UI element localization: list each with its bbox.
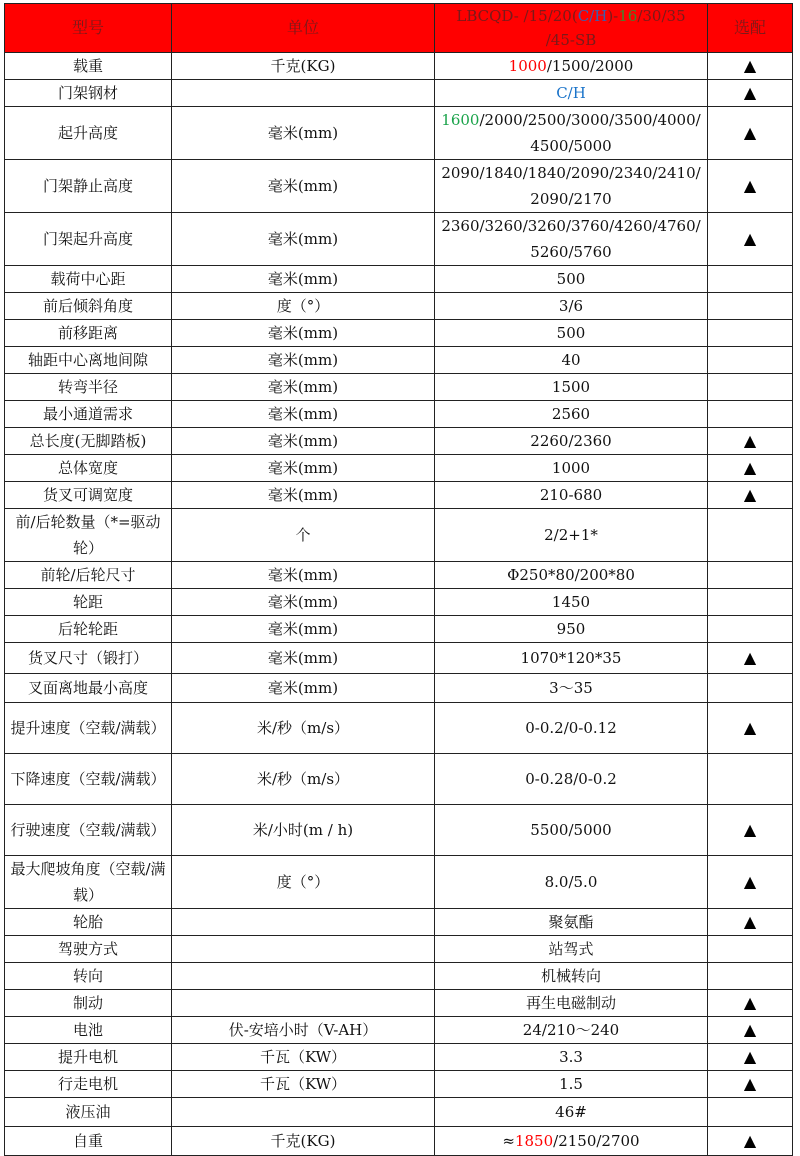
param-value: 46# bbox=[435, 1098, 708, 1127]
table-row: 货叉可调宽度 毫米(mm) 210-680 ▲ bbox=[5, 482, 793, 509]
option-mark: ▲ bbox=[708, 107, 793, 160]
header-model: 型号 bbox=[5, 4, 172, 53]
option-mark: ▲ bbox=[708, 1017, 793, 1044]
param-unit: 千瓦（KW） bbox=[172, 1044, 435, 1071]
param-name: 最小通道需求 bbox=[5, 401, 172, 428]
model-spec-prefix: LBCQD- /15/20( bbox=[456, 7, 577, 25]
table-row: 制动 再生电磁制动 ▲ bbox=[5, 990, 793, 1017]
option-mark bbox=[708, 374, 793, 401]
value-highlight: 1600 bbox=[441, 111, 479, 129]
table-row: 载荷中心距 毫米(mm) 500 bbox=[5, 266, 793, 293]
option-mark: ▲ bbox=[708, 643, 793, 674]
param-name: 下降速度（空载/满载） bbox=[5, 754, 172, 805]
param-unit: 毫米(mm) bbox=[172, 266, 435, 293]
param-name: 后轮轮距 bbox=[5, 616, 172, 643]
param-value: 1000/1500/2000 bbox=[435, 53, 708, 80]
param-unit: 毫米(mm) bbox=[172, 643, 435, 674]
param-name: 电池 bbox=[5, 1017, 172, 1044]
param-unit: 米/小时(m / h) bbox=[172, 805, 435, 856]
table-row: 门架静止高度 毫米(mm) 2090/1840/1840/2090/2340/2… bbox=[5, 160, 793, 213]
table-row: 轮距 毫米(mm) 1450 bbox=[5, 589, 793, 616]
param-name: 货叉尺寸（锻打） bbox=[5, 643, 172, 674]
param-value: 站驾式 bbox=[435, 936, 708, 963]
option-mark: ▲ bbox=[708, 1127, 793, 1156]
param-unit: 毫米(mm) bbox=[172, 374, 435, 401]
option-mark: ▲ bbox=[708, 990, 793, 1017]
table-row: 轴距中心离地间隙 毫米(mm) 40 bbox=[5, 347, 793, 374]
param-value: 聚氨酯 bbox=[435, 909, 708, 936]
param-unit: 毫米(mm) bbox=[172, 347, 435, 374]
param-name: 转弯半径 bbox=[5, 374, 172, 401]
table-row: 转弯半径 毫米(mm) 1500 bbox=[5, 374, 793, 401]
header-unit: 单位 bbox=[172, 4, 435, 53]
param-value: 500 bbox=[435, 320, 708, 347]
param-name: 叉面离地最小高度 bbox=[5, 674, 172, 703]
table-row: 总体宽度 毫米(mm) 1000 ▲ bbox=[5, 455, 793, 482]
model-spec-heights: /30/35 bbox=[637, 7, 685, 25]
param-value: 1600/2000/2500/3000/3500/4000/4500/5000 bbox=[435, 107, 708, 160]
param-unit: 毫米(mm) bbox=[172, 674, 435, 703]
param-value: C/H bbox=[435, 80, 708, 107]
param-unit: 米/秒（m/s） bbox=[172, 754, 435, 805]
param-value: 1500 bbox=[435, 374, 708, 401]
param-unit bbox=[172, 990, 435, 1017]
param-name: 液压油 bbox=[5, 1098, 172, 1127]
option-mark bbox=[708, 293, 793, 320]
param-value: 3.3 bbox=[435, 1044, 708, 1071]
param-name: 行走电机 bbox=[5, 1071, 172, 1098]
param-value: ≈1850/2150/2700 bbox=[435, 1127, 708, 1156]
param-unit: 毫米(mm) bbox=[172, 428, 435, 455]
param-unit: 毫米(mm) bbox=[172, 160, 435, 213]
param-value: 5500/5000 bbox=[435, 805, 708, 856]
option-mark bbox=[708, 266, 793, 293]
param-unit: 毫米(mm) bbox=[172, 320, 435, 347]
model-spec-sep: )- bbox=[607, 7, 618, 25]
param-unit: 毫米(mm) bbox=[172, 589, 435, 616]
option-mark: ▲ bbox=[708, 213, 793, 266]
option-mark bbox=[708, 616, 793, 643]
param-unit: 个 bbox=[172, 509, 435, 562]
value-rest: /2150/2700 bbox=[553, 1132, 639, 1150]
model-spec-suffix: /45-SB bbox=[546, 31, 597, 49]
option-mark: ▲ bbox=[708, 482, 793, 509]
param-value: 0-0.28/0-0.2 bbox=[435, 754, 708, 805]
table-header-row: 型号 单位 LBCQD- /15/20(C/H)-16/30/35/45-SB … bbox=[5, 4, 793, 53]
param-name: 行驶速度（空载/满载） bbox=[5, 805, 172, 856]
value-highlight: 1850 bbox=[515, 1132, 553, 1150]
table-row: 门架起升高度 毫米(mm) 2360/3260/3260/3760/4260/4… bbox=[5, 213, 793, 266]
param-unit: 米/秒（m/s） bbox=[172, 703, 435, 754]
option-mark bbox=[708, 320, 793, 347]
param-unit bbox=[172, 80, 435, 107]
param-unit: 毫米(mm) bbox=[172, 562, 435, 589]
param-name: 前轮/后轮尺寸 bbox=[5, 562, 172, 589]
param-name: 前移距离 bbox=[5, 320, 172, 347]
param-value: 2360/3260/3260/3760/4260/4760/5260/5760 bbox=[435, 213, 708, 266]
param-value: 0-0.2/0-0.12 bbox=[435, 703, 708, 754]
param-unit: 毫米(mm) bbox=[172, 482, 435, 509]
param-unit: 千瓦（KW） bbox=[172, 1071, 435, 1098]
param-unit: 毫米(mm) bbox=[172, 616, 435, 643]
option-mark bbox=[708, 674, 793, 703]
table-row: 前轮/后轮尺寸 毫米(mm) Φ250*80/200*80 bbox=[5, 562, 793, 589]
table-row: 前后倾斜角度 度（°） 3/6 bbox=[5, 293, 793, 320]
param-unit: 度（°） bbox=[172, 856, 435, 909]
param-value: 1000 bbox=[435, 455, 708, 482]
option-mark bbox=[708, 562, 793, 589]
param-name: 转向 bbox=[5, 963, 172, 990]
param-value: 机械转向 bbox=[435, 963, 708, 990]
option-mark: ▲ bbox=[708, 455, 793, 482]
param-value: 2560 bbox=[435, 401, 708, 428]
table-row: 液压油 46# bbox=[5, 1098, 793, 1127]
header-model-spec: LBCQD- /15/20(C/H)-16/30/35/45-SB bbox=[435, 4, 708, 53]
option-mark: ▲ bbox=[708, 53, 793, 80]
value-rest: /2000/2500/3000/3500/4000/4500/5000 bbox=[479, 111, 700, 155]
param-unit: 千克(KG) bbox=[172, 53, 435, 80]
param-name: 轮胎 bbox=[5, 909, 172, 936]
param-value: 3～35 bbox=[435, 674, 708, 703]
table-row: 轮胎 聚氨酯 ▲ bbox=[5, 909, 793, 936]
option-mark: ▲ bbox=[708, 909, 793, 936]
table-row: 载重 千克(KG) 1000/1500/2000 ▲ bbox=[5, 53, 793, 80]
spec-table: 型号 单位 LBCQD- /15/20(C/H)-16/30/35/45-SB … bbox=[4, 3, 793, 1156]
option-mark: ▲ bbox=[708, 856, 793, 909]
table-row: 前/后轮数量（*=驱动轮） 个 2/2+1* bbox=[5, 509, 793, 562]
param-name: 提升速度（空载/满载） bbox=[5, 703, 172, 754]
table-row: 总长度(无脚踏板) 毫米(mm) 2260/2360 ▲ bbox=[5, 428, 793, 455]
param-value: 再生电磁制动 bbox=[435, 990, 708, 1017]
option-mark bbox=[708, 509, 793, 562]
param-value: 24/210～240 bbox=[435, 1017, 708, 1044]
table-row: 行驶速度（空载/满载） 米/小时(m / h) 5500/5000 ▲ bbox=[5, 805, 793, 856]
param-unit: 毫米(mm) bbox=[172, 455, 435, 482]
param-name: 制动 bbox=[5, 990, 172, 1017]
table-row: 提升电机 千瓦（KW） 3.3 ▲ bbox=[5, 1044, 793, 1071]
table-row: 起升高度 毫米(mm) 1600/2000/2500/3000/3500/400… bbox=[5, 107, 793, 160]
param-value: 1.5 bbox=[435, 1071, 708, 1098]
table-row: 门架钢材 C/H ▲ bbox=[5, 80, 793, 107]
param-value: 2260/2360 bbox=[435, 428, 708, 455]
param-value: 40 bbox=[435, 347, 708, 374]
option-mark bbox=[708, 401, 793, 428]
option-mark bbox=[708, 589, 793, 616]
param-value: Φ250*80/200*80 bbox=[435, 562, 708, 589]
header-option: 选配 bbox=[708, 4, 793, 53]
param-name: 门架起升高度 bbox=[5, 213, 172, 266]
param-name: 轴距中心离地间隙 bbox=[5, 347, 172, 374]
param-value: 500 bbox=[435, 266, 708, 293]
param-name: 门架静止高度 bbox=[5, 160, 172, 213]
param-value: 210-680 bbox=[435, 482, 708, 509]
option-mark: ▲ bbox=[708, 160, 793, 213]
param-unit: 千克(KG) bbox=[172, 1127, 435, 1156]
option-mark bbox=[708, 347, 793, 374]
param-value: 2/2+1* bbox=[435, 509, 708, 562]
param-unit bbox=[172, 963, 435, 990]
table-row: 转向 机械转向 bbox=[5, 963, 793, 990]
param-name: 载重 bbox=[5, 53, 172, 80]
param-name: 总长度(无脚踏板) bbox=[5, 428, 172, 455]
param-name: 载荷中心距 bbox=[5, 266, 172, 293]
param-name: 前/后轮数量（*=驱动轮） bbox=[5, 509, 172, 562]
option-mark bbox=[708, 936, 793, 963]
param-name: 总体宽度 bbox=[5, 455, 172, 482]
param-unit: 毫米(mm) bbox=[172, 107, 435, 160]
param-unit: 伏-安培小时（V-AH） bbox=[172, 1017, 435, 1044]
table-row: 驾驶方式 站驾式 bbox=[5, 936, 793, 963]
param-unit bbox=[172, 1098, 435, 1127]
param-unit: 毫米(mm) bbox=[172, 213, 435, 266]
option-mark: ▲ bbox=[708, 80, 793, 107]
model-spec-height: 16 bbox=[618, 7, 637, 25]
param-name: 最大爬坡角度（空载/满载） bbox=[5, 856, 172, 909]
value-approx: ≈ bbox=[502, 1132, 515, 1150]
option-mark: ▲ bbox=[708, 1044, 793, 1071]
param-value: 3/6 bbox=[435, 293, 708, 320]
param-name: 前后倾斜角度 bbox=[5, 293, 172, 320]
param-unit: 毫米(mm) bbox=[172, 401, 435, 428]
table-row: 最小通道需求 毫米(mm) 2560 bbox=[5, 401, 793, 428]
table-row: 后轮轮距 毫米(mm) 950 bbox=[5, 616, 793, 643]
option-mark bbox=[708, 963, 793, 990]
table-row: 前移距离 毫米(mm) 500 bbox=[5, 320, 793, 347]
param-name: 货叉可调宽度 bbox=[5, 482, 172, 509]
option-mark bbox=[708, 754, 793, 805]
param-unit: 度（°） bbox=[172, 293, 435, 320]
value-rest: /1500/2000 bbox=[547, 57, 633, 75]
param-name: 门架钢材 bbox=[5, 80, 172, 107]
option-mark bbox=[708, 1098, 793, 1127]
param-name: 起升高度 bbox=[5, 107, 172, 160]
param-name: 自重 bbox=[5, 1127, 172, 1156]
table-row: 行走电机 千瓦（KW） 1.5 ▲ bbox=[5, 1071, 793, 1098]
table-row: 叉面离地最小高度 毫米(mm) 3～35 bbox=[5, 674, 793, 703]
param-value: 950 bbox=[435, 616, 708, 643]
param-value: 2090/1840/1840/2090/2340/2410/2090/2170 bbox=[435, 160, 708, 213]
table-row: 电池 伏-安培小时（V-AH） 24/210～240 ▲ bbox=[5, 1017, 793, 1044]
param-name: 提升电机 bbox=[5, 1044, 172, 1071]
param-unit bbox=[172, 936, 435, 963]
param-name: 轮距 bbox=[5, 589, 172, 616]
option-mark: ▲ bbox=[708, 1071, 793, 1098]
table-row: 货叉尺寸（锻打） 毫米(mm) 1070*120*35 ▲ bbox=[5, 643, 793, 674]
model-spec-material: C/H bbox=[578, 7, 608, 25]
option-mark: ▲ bbox=[708, 805, 793, 856]
param-value: 8.0/5.0 bbox=[435, 856, 708, 909]
value-highlight: 1000 bbox=[509, 57, 547, 75]
table-row: 最大爬坡角度（空载/满载） 度（°） 8.0/5.0 ▲ bbox=[5, 856, 793, 909]
param-value: 1450 bbox=[435, 589, 708, 616]
param-unit bbox=[172, 909, 435, 936]
table-row: 自重 千克(KG) ≈1850/2150/2700 ▲ bbox=[5, 1127, 793, 1156]
option-mark: ▲ bbox=[708, 428, 793, 455]
table-row: 提升速度（空载/满载） 米/秒（m/s） 0-0.2/0-0.12 ▲ bbox=[5, 703, 793, 754]
table-row: 下降速度（空载/满载） 米/秒（m/s） 0-0.28/0-0.2 bbox=[5, 754, 793, 805]
param-value: 1070*120*35 bbox=[435, 643, 708, 674]
param-name: 驾驶方式 bbox=[5, 936, 172, 963]
option-mark: ▲ bbox=[708, 703, 793, 754]
